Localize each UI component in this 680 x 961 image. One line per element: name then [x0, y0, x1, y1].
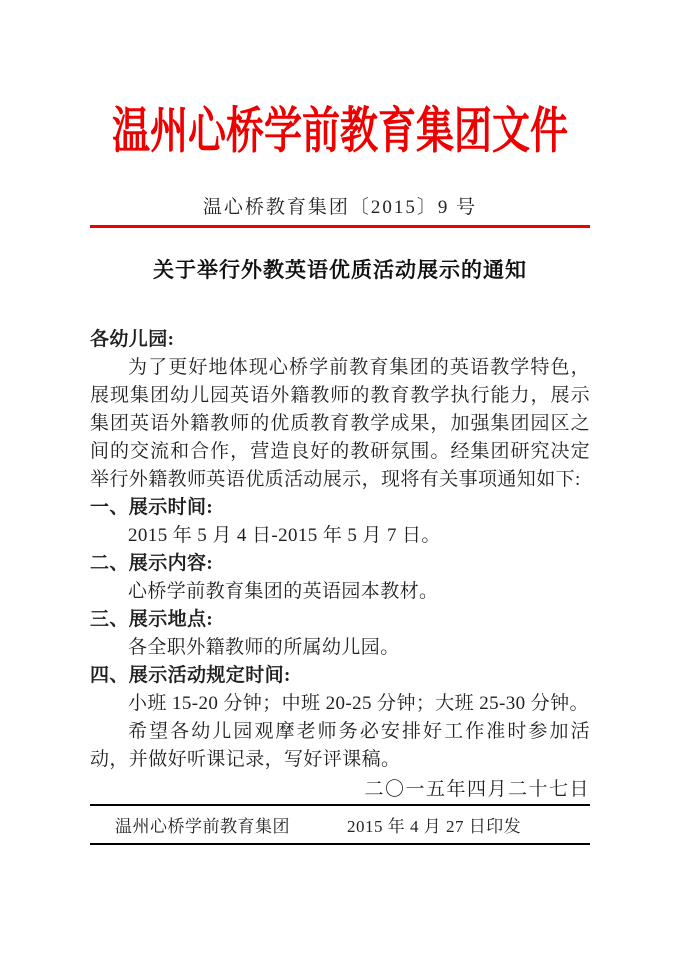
closing-paragraph: 希望各幼儿园观摩老师务必安排好工作准时参加活动，并做好听课记录，写好评课稿。: [90, 718, 590, 774]
notice-body: 各幼儿园: 为了更好地体现心桥学前教育集团的英语教学特色，展现集团幼儿园英语外籍…: [90, 326, 590, 774]
intro-paragraph: 为了更好地体现心桥学前教育集团的英语教学特色，展现集团幼儿园英语外籍教师的教育教…: [90, 354, 590, 494]
footer-row: 温州心桥学前教育集团 2015 年 4 月 27 日印发: [90, 806, 590, 843]
section-1-content: 2015 年 5 月 4 日-2015 年 5 月 7 日。: [90, 522, 590, 550]
section-3-content: 各全职外籍教师的所属幼儿园。: [90, 634, 590, 662]
section-4-content: 小班 15-20 分钟；中班 20-25 分钟；大班 25-30 分钟。: [90, 690, 590, 718]
section-1-heading: 一、展示时间:: [90, 494, 590, 522]
document-number: 温心桥教育集团〔2015〕9 号: [0, 196, 680, 220]
red-divider-line: [90, 225, 590, 228]
section-3-heading: 三、展示地点:: [90, 606, 590, 634]
section-2-content: 心桥学前教育集团的英语园本教材。: [90, 578, 590, 606]
footer-print-date: 2015 年 4 月 27 日印发: [347, 812, 521, 837]
section-2-heading: 二、展示内容:: [90, 550, 590, 578]
letterhead-title: 温州心桥学前教育集团文件: [0, 96, 680, 169]
signature-date: 二〇一五年四月二十七日: [364, 778, 590, 802]
document-page: 温州心桥学前教育集团文件 温心桥教育集团〔2015〕9 号 关于举行外教英语优质…: [0, 0, 680, 961]
salutation: 各幼儿园:: [90, 326, 590, 354]
notice-title: 关于举行外教英语优质活动展示的通知: [0, 254, 680, 286]
section-4-heading: 四、展示活动规定时间:: [90, 662, 590, 690]
footer-imprint: 温州心桥学前教育集团 2015 年 4 月 27 日印发: [90, 804, 590, 845]
footer-issuer: 温州心桥学前教育集团: [115, 812, 290, 837]
